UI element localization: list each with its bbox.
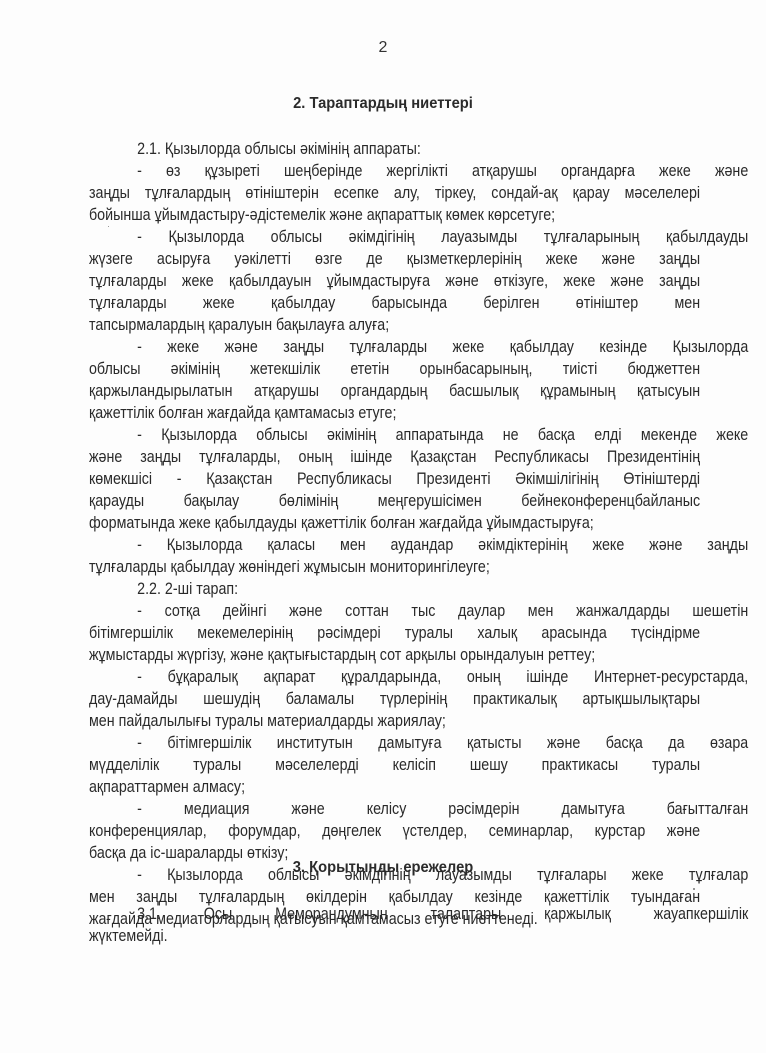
text-line-content: - Қызылорда қаласы мен аудандар әкімдікт… [89,534,748,556]
text-line: заңды тұлғалардың өтініштерін есепке алу… [89,182,700,204]
text-line: мүдделілік туралы мәселелерді келісіп ше… [89,754,700,776]
text-line: қарауды бақылау бөлімінің меңгерушісімен… [89,490,700,512]
text-line-content: қаржыландырылатын атқарушы органдардың б… [89,380,700,402]
text-line-content: мен пайдалылығы туралы материалдарды жар… [89,710,700,732]
text-line: тапсырмалардың қаралуын бақылауға алуға; [89,314,700,336]
text-line: жүктемейді. [89,925,700,947]
text-line-content: заңды тұлғалардың өтініштерін есепке алу… [89,182,700,204]
text-line-content: 3.1. Осы Меморандумның талаптары қаржылы… [89,903,748,925]
text-line: тұлғаларды жеке қабылдау барысында беріл… [89,292,700,314]
text-line-content: қарауды бақылау бөлімінің меңгерушісімен… [89,490,700,512]
text-line-content: жүктемейді. [89,925,700,947]
scan-artifact [693,888,695,890]
text-line: - медиация және келісу рәсімдерін дамыту… [89,798,700,820]
text-line-content: дау-дамайды шешудің баламалы түрлерінің … [89,688,700,710]
text-line: қажеттілік болған жағдайда қамтамасыз ет… [89,402,700,424]
text-line: - Қызылорда облысы әкімдігінің лауазымды… [89,226,700,248]
text-line: дау-дамайды шешудің баламалы түрлерінің … [89,688,700,710]
text-line: конференциялар, форумдар, дөңгелек үстел… [89,820,700,842]
text-line: 2.2. 2-ші тарап: [89,578,700,600]
text-line-content: жұмыстарды жүргізу, және қақтығыстардың … [89,644,700,666]
text-line-content: - медиация және келісу рәсімдерін дамыту… [89,798,748,820]
text-line: және заңды тұлғаларды, оның ішінде Қазақ… [89,446,700,468]
text-line: көмекшісі - Қазақстан Республикасы Прези… [89,468,700,490]
document-page: 2 2. Тараптардың ниеттері 2.1. Қызылорда… [0,0,766,1053]
text-line: жүзеге асыруға уәкілетті өзге де қызметк… [89,248,700,270]
text-line-content: мүдделілік туралы мәселелерді келісіп ше… [89,754,700,776]
text-line: форматында жеке қабылдауды қажеттілік бо… [89,512,700,534]
text-line-content: конференциялар, форумдар, дөңгелек үстел… [89,820,700,842]
text-line: 2.1. Қызылорда облысы әкімінің аппараты: [89,138,700,160]
text-line: бойынша ұйымдастыру-әдістемелік және ақп… [89,204,700,226]
text-line: тұлғаларды жеке қабылдауын ұйымдастыруға… [89,270,700,292]
text-line-content: көмекшісі - Қазақстан Республикасы Прези… [89,468,700,490]
text-line: облысы әкімінің жетекшілік ететін орынба… [89,358,700,380]
text-line-content: тұлғаларды жеке қабылдау барысында беріл… [89,292,700,314]
text-line: - сотқа дейінгі және соттан тыс даулар м… [89,600,700,622]
section-3-heading: 3. Қорытынды ережелер [31,859,736,877]
text-line: бітімгершілік мекемелерінің рәсімдері ту… [89,622,700,644]
text-line-content: - өз құзыреті шеңберінде жергілікті атқа… [89,160,748,182]
section-3-body: 3.1. Осы Меморандумның талаптары қаржылы… [89,903,700,947]
text-line-content: тұлғаларды жеке қабылдауын ұйымдастыруға… [89,270,700,292]
text-line: мен пайдалылығы туралы материалдарды жар… [89,710,700,732]
text-line: - Қызылорда қаласы мен аудандар әкімдікт… [89,534,700,556]
text-line: - бітімгершілік институтын дамытуға қаты… [89,732,700,754]
text-line: тұлғаларды қабылдау жөніндегі жұмысын мо… [89,556,700,578]
text-line-content: - бітімгершілік институтын дамытуға қаты… [89,732,748,754]
text-line-content: форматында жеке қабылдауды қажеттілік бо… [89,512,700,534]
text-line-content: - бұқаралық ақпарат құралдарында, оның і… [89,666,748,688]
page-number: 2 [0,39,766,57]
text-line: - жеке және заңды тұлғаларды жеке қабылд… [89,336,700,358]
scan-artifact [108,226,109,227]
text-line-content: бойынша ұйымдастыру-әдістемелік және ақп… [89,204,700,226]
text-line-content: ақпараттармен алмасу; [89,776,700,798]
section-2-heading: 2. Тараптардың ниеттері [31,95,736,113]
text-line: - бұқаралық ақпарат құралдарында, оның і… [89,666,700,688]
text-line-content: 2.2. 2-ші тарап: [89,578,748,600]
text-line-content: қажеттілік болған жағдайда қамтамасыз ет… [89,402,700,424]
text-line: - өз құзыреті шеңберінде жергілікті атқа… [89,160,700,182]
text-line-content: 2.1. Қызылорда облысы әкімінің аппараты: [89,138,748,160]
text-line-content: - жеке және заңды тұлғаларды жеке қабылд… [89,336,748,358]
text-line-content: және заңды тұлғаларды, оның ішінде Қазақ… [89,446,700,468]
text-line-content: - Қызылорда облысы әкімдігінің лауазымды… [89,226,748,248]
text-line: қаржыландырылатын атқарушы органдардың б… [89,380,700,402]
text-line-content: - Қызылорда облысы әкімінің аппаратында … [89,424,748,446]
text-line-content: жүзеге асыруға уәкілетті өзге де қызметк… [89,248,700,270]
text-line-content: бітімгершілік мекемелерінің рәсімдері ту… [89,622,700,644]
text-line: ақпараттармен алмасу; [89,776,700,798]
text-line: жұмыстарды жүргізу, және қақтығыстардың … [89,644,700,666]
text-line-content: тұлғаларды қабылдау жөніндегі жұмысын мо… [89,556,700,578]
text-line-content: облысы әкімінің жетекшілік ететін орынба… [89,358,700,380]
text-line-content: - сотқа дейінгі және соттан тыс даулар м… [89,600,748,622]
text-line: 3.1. Осы Меморандумның талаптары қаржылы… [89,903,700,925]
text-line: - Қызылорда облысы әкімінің аппаратында … [89,424,700,446]
section-2-body: 2.1. Қызылорда облысы әкімінің аппараты:… [89,138,700,930]
text-line-content: тапсырмалардың қаралуын бақылауға алуға; [89,314,700,336]
